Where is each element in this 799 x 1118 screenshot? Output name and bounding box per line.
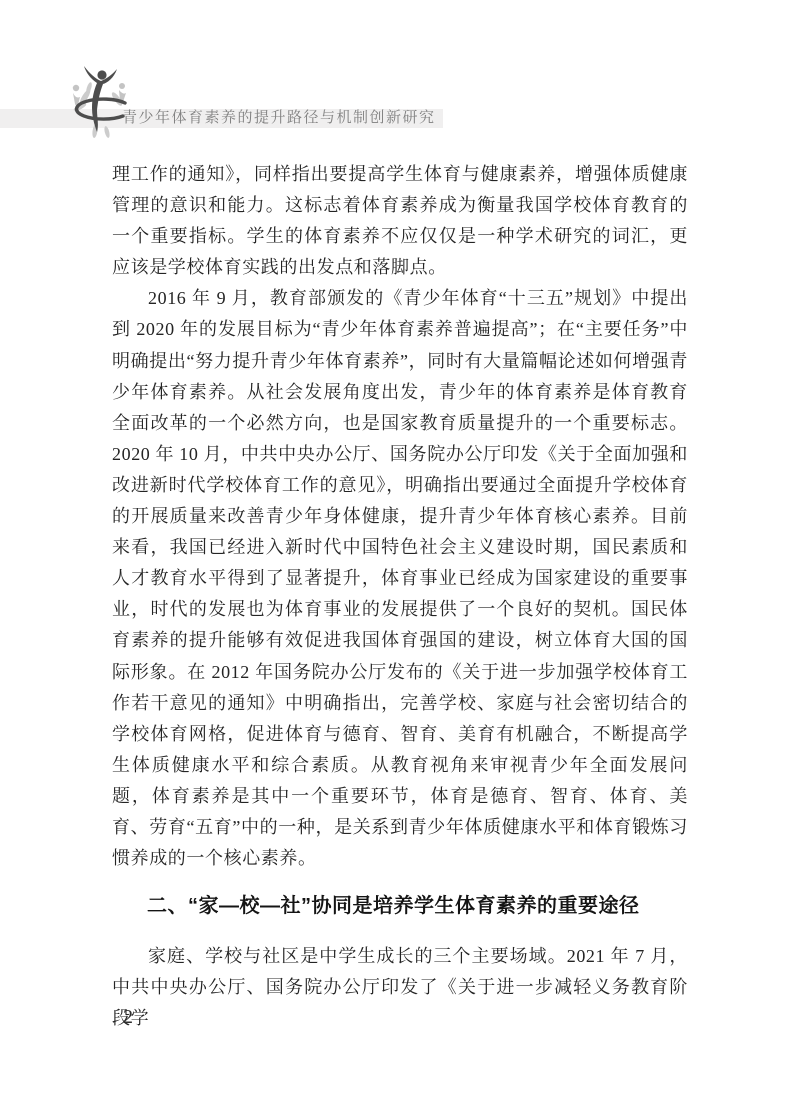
page-number: 2	[123, 1002, 133, 1033]
paragraph: 2016 年 9 月，教育部颁发的《青少年体育“十三五”规划》中提出到 2020…	[112, 283, 688, 874]
body-text: 理工作的通知》，同样指出要提高学生体育与健康素养，增强体质健康管理的意识和能力。…	[112, 159, 688, 1034]
section-heading: 二、“家—校—社”协同是培养学生体育素养的重要途径	[112, 891, 688, 922]
running-header-title: 青少年体育素养的提升路径与机制创新研究	[122, 107, 436, 129]
jumping-figure-logo-icon	[56, 66, 144, 146]
paragraph-continued: 理工作的通知》，同样指出要提高学生体育与健康素养，增强体质健康管理的意识和能力。…	[112, 159, 688, 283]
paragraph: 家庭、学校与社区是中学生成长的三个主要场域。2021 年 7 月，中共中央办公厅…	[112, 941, 688, 1034]
book-page: 青少年体育素养的提升路径与机制创新研究 理工作的通知》，同样指出要提高学生体育与…	[0, 0, 799, 1118]
